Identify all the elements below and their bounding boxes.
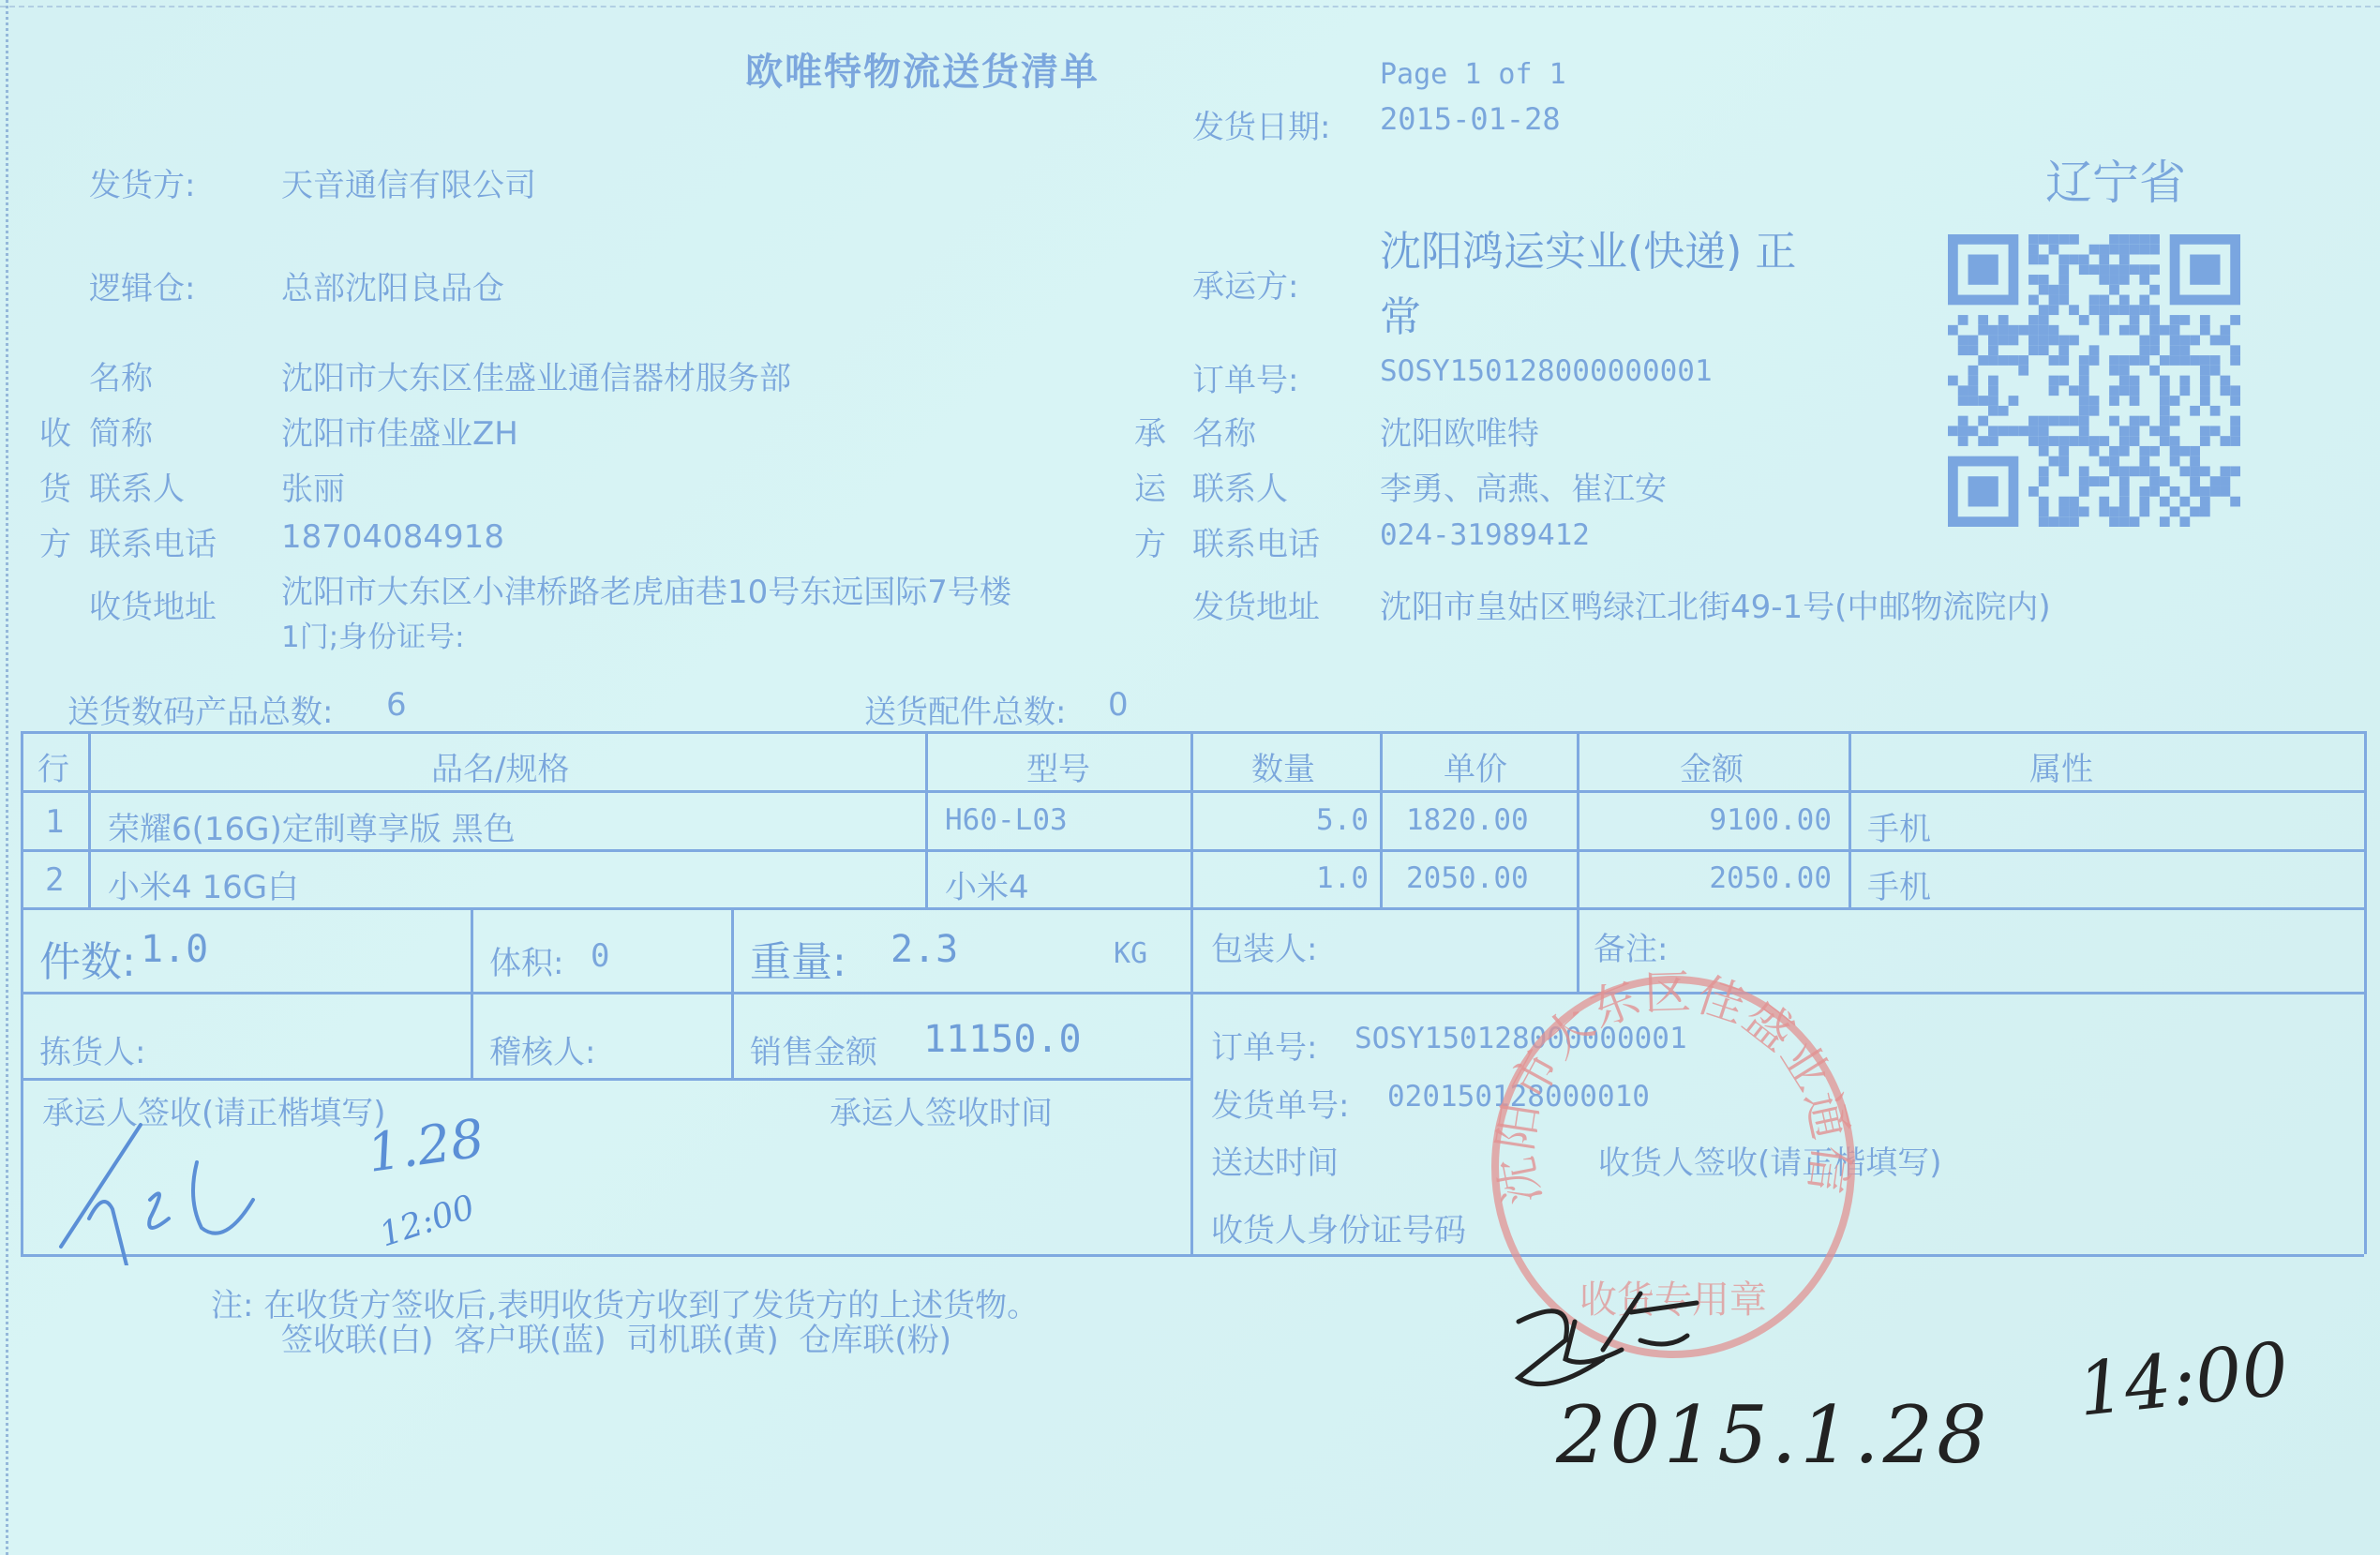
table-line <box>21 1078 1192 1081</box>
qr-code-icon <box>1948 234 2240 527</box>
svg-text:沈阳市大东区佳盛业通信器材服务部: 沈阳市大东区佳盛业通信器材服务部 <box>1476 965 1859 1209</box>
item-qty: 1.0 <box>1190 861 1369 895</box>
svg-text:2015.1.28: 2015.1.28 <box>1555 1389 1991 1481</box>
consignee-address-line2: 1门;身份证号: <box>281 613 465 655</box>
consignee-address-line1: 沈阳市大东区小津桥路老虎庙巷10号东远国际7号楼 <box>281 566 1011 612</box>
svg-text:12:00: 12:00 <box>375 1189 479 1255</box>
consignee-address-label: 收货地址 <box>89 581 217 627</box>
delivery-time-label: 送达时间 <box>1211 1137 1339 1183</box>
digital-total-label: 送货数码产品总数: <box>67 686 333 732</box>
item-amount: 2050.00 <box>1577 861 1832 895</box>
perforation-left <box>0 0 8 1555</box>
carrier-value-line1: 沈阳鸿运实业(快递) 正 <box>1380 217 1796 277</box>
item-model: 小米4 <box>945 861 1029 907</box>
province: 辽宁省 <box>2045 145 2186 213</box>
shipper-label: 发货方: <box>89 159 195 205</box>
footer-copies: 签收联(白) 客户联(蓝) 司机联(黄) 仓库联(粉) <box>281 1314 951 1360</box>
item-attr: 手机 <box>1867 861 1931 907</box>
pieces-value: 1.0 <box>141 928 208 971</box>
picker-label: 拣货人: <box>39 1026 145 1072</box>
page-info: Page 1 of 1 <box>1380 58 1566 91</box>
packer-label: 包装人: <box>1211 923 1317 969</box>
consignee-contact-label: 联系人 <box>89 463 185 509</box>
perforation-top <box>0 0 2380 7</box>
table-line <box>21 731 23 1254</box>
forwarder-phone: 024-31989412 <box>1380 518 1590 552</box>
consignee-side-3: 方 <box>39 518 71 564</box>
svg-text:14:00: 14:00 <box>2074 1327 2293 1433</box>
weight-unit: KG <box>1114 937 1147 970</box>
forwarder-name: 沈阳欧唯特 <box>1380 408 1539 454</box>
receipt-order-no-label: 订单号: <box>1211 1022 1317 1068</box>
shipper-value: 天音通信有限公司 <box>281 159 536 205</box>
header-attr: 属性 <box>2029 743 2093 789</box>
forwarder-name-label: 名称 <box>1192 408 1256 454</box>
warehouse-value: 总部沈阳良品仓 <box>281 262 504 308</box>
item-name: 小米4 16G白 <box>108 861 299 907</box>
shipment-no-label: 发货单号: <box>1211 1080 1349 1126</box>
table-line <box>2364 731 2367 1254</box>
item-unit-price: 1820.00 <box>1406 803 1529 837</box>
consignee-contact: 张丽 <box>281 463 345 509</box>
carrier-handwritten-signature: 1.28 12:00 <box>37 1106 525 1265</box>
ship-date: 2015-01-28 <box>1380 101 1561 137</box>
item-attr: 手机 <box>1867 803 1931 849</box>
checker-label: 稽核人: <box>489 1026 595 1072</box>
remarks-label: 备注: <box>1594 923 1668 969</box>
forwarder-side-3: 方 <box>1134 518 1166 564</box>
header-name: 品名/规格 <box>431 743 569 789</box>
header-qty: 数量 <box>1251 743 1315 789</box>
forwarder-side-1: 承 <box>1134 408 1166 454</box>
consignee-short-name: 沈阳市佳盛业ZH <box>281 408 518 454</box>
forwarder-contact: 李勇、高燕、崔江安 <box>1380 463 1667 509</box>
weight-value: 2.3 <box>891 928 958 971</box>
ship-date-label: 发货日期: <box>1192 101 1330 147</box>
header-unit-price: 单价 <box>1444 743 1507 789</box>
svg-text:1.28: 1.28 <box>364 1108 488 1185</box>
forwarder-phone-label: 联系电话 <box>1192 518 1320 564</box>
forwarder-address: 沈阳市皇姑区鸭绿江北街49-1号(中邮物流院内) <box>1380 581 2051 627</box>
table-line <box>88 731 91 907</box>
item-model: H60-L03 <box>945 803 1068 837</box>
forwarder-address-label: 发货地址 <box>1192 581 1320 627</box>
order-no-label: 订单号: <box>1192 354 1298 400</box>
header-model: 型号 <box>1026 743 1090 789</box>
parts-total: 0 <box>1108 686 1129 724</box>
item-amount: 9100.00 <box>1577 803 1832 837</box>
weight-label: 重量: <box>750 928 846 988</box>
consignee-phone: 18704084918 <box>281 518 504 556</box>
volume-value: 0 <box>591 937 609 975</box>
consignee-side-2: 货 <box>39 463 71 509</box>
carrier-label: 承运方: <box>1192 261 1298 307</box>
forwarder-contact-label: 联系人 <box>1192 463 1288 509</box>
item-unit-price: 2050.00 <box>1406 861 1529 895</box>
table-line <box>731 907 734 1078</box>
table-line <box>1849 731 1851 907</box>
volume-label: 体积: <box>489 937 563 983</box>
order-no: SOSY150128000000001 <box>1380 354 1713 388</box>
consignee-side-1: 收 <box>39 408 71 454</box>
header-amount: 金额 <box>1680 743 1744 789</box>
table-line <box>471 907 473 1078</box>
forwarder-side-2: 运 <box>1134 463 1166 509</box>
pieces-label: 件数: <box>39 928 136 988</box>
carrier-value-line2: 常 <box>1380 283 1421 343</box>
carrier-sign-time-label: 承运人签收时间 <box>830 1087 1053 1133</box>
item-qty: 5.0 <box>1190 803 1369 837</box>
item-name: 荣耀6(16G)定制尊享版 黑色 <box>108 803 516 849</box>
sales-amount-label: 销售金额 <box>750 1026 877 1072</box>
warehouse-label: 逻辑仓: <box>89 262 195 308</box>
consignee-phone-label: 联系电话 <box>89 518 217 564</box>
document-title: 欧唯特物流送货清单 <box>745 42 1100 96</box>
header-row: 行 <box>37 743 69 789</box>
digital-total: 6 <box>386 686 407 724</box>
parts-total-label: 送货配件总数: <box>864 686 1066 732</box>
consignee-handwritten-signature: 2015.1.28 14:00 <box>1500 1284 2362 1509</box>
table-line <box>925 731 928 907</box>
consignee-name-label: 名称 <box>89 352 153 398</box>
consignee-name: 沈阳市大东区佳盛业通信器材服务部 <box>281 352 791 398</box>
consignee-id-label: 收货人身份证号码 <box>1211 1204 1466 1250</box>
consignee-short-label: 简称 <box>89 408 153 454</box>
sales-amount: 11150.0 <box>923 1018 1082 1061</box>
row-number: 2 <box>45 861 64 899</box>
row-number: 1 <box>45 803 64 841</box>
table-line <box>1380 731 1383 907</box>
